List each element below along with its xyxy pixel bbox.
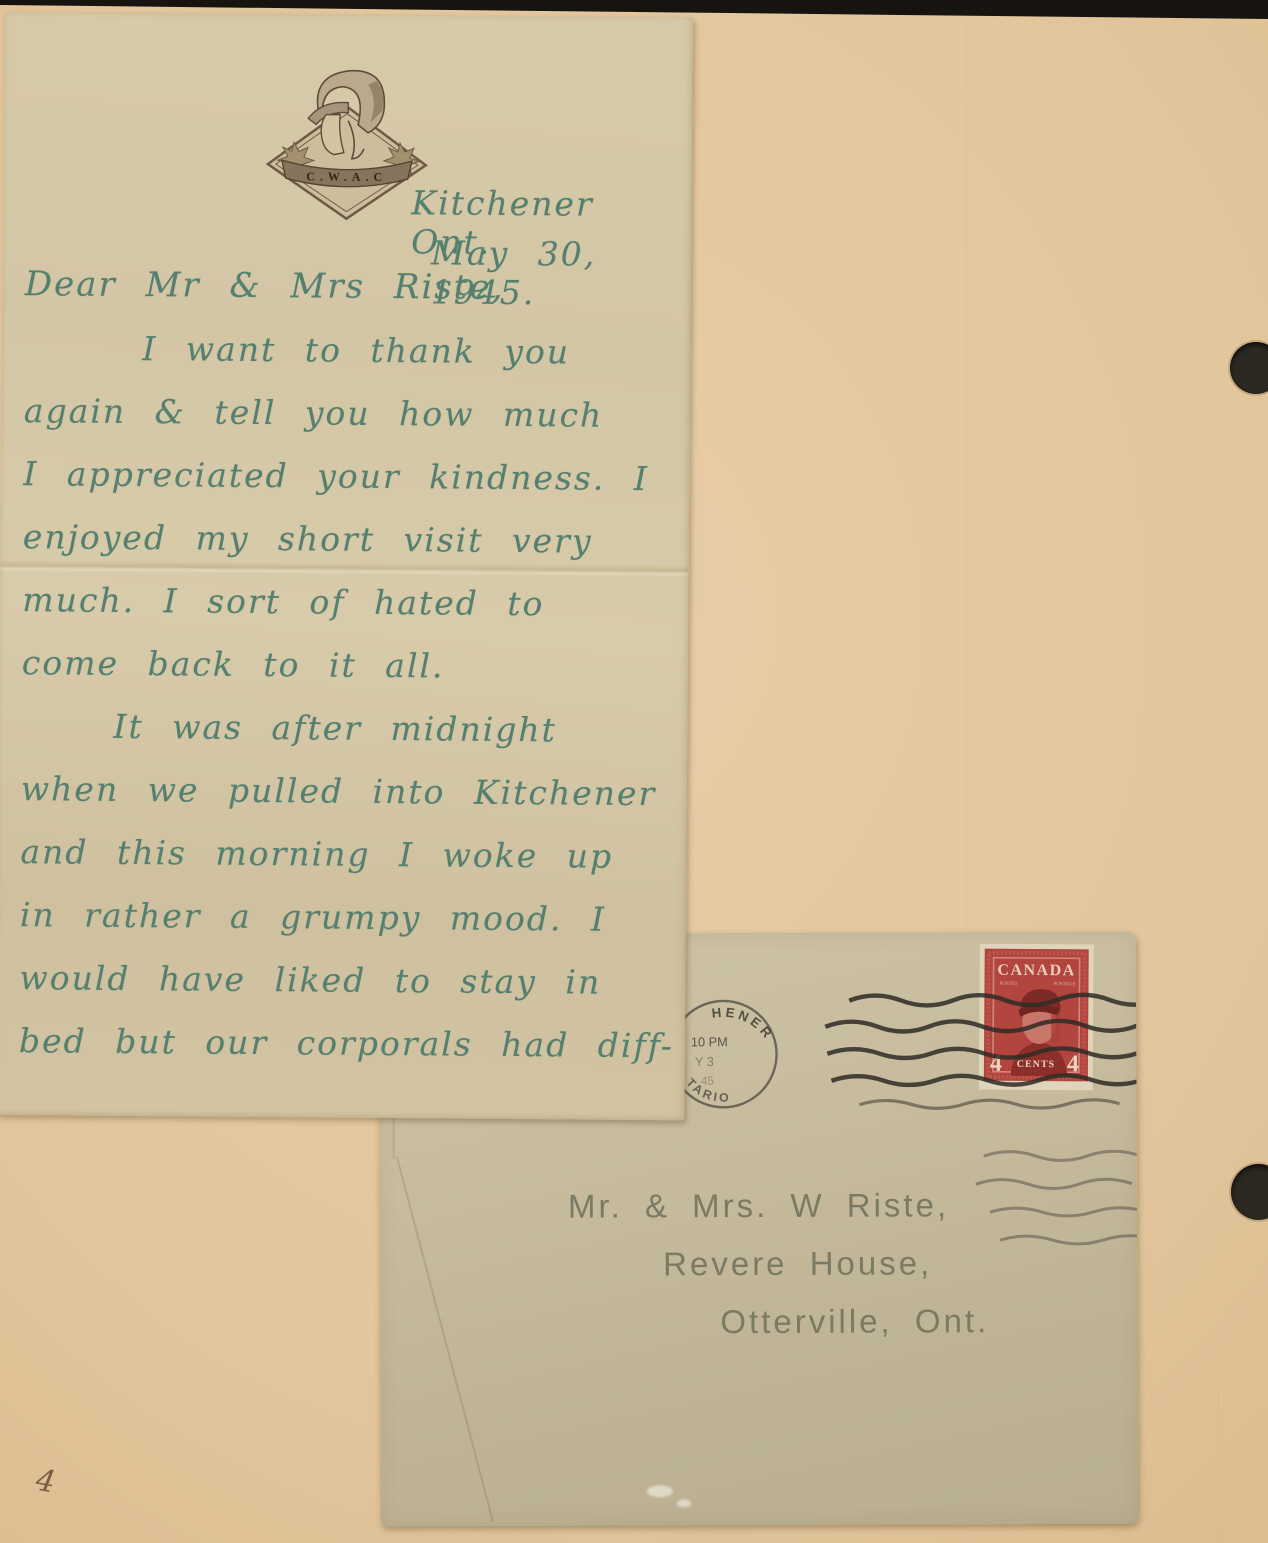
scuff-mark <box>677 1499 691 1507</box>
cancel-wave-group-bottom <box>976 1151 1138 1244</box>
cancel-wave-faint <box>860 1100 1120 1109</box>
letter-salutation: Dear Mr & Mrs Riste, <box>25 264 505 308</box>
letter-line: I want to thank you <box>24 328 679 396</box>
letter-line: when we pulled into Kitchener <box>21 769 676 837</box>
envelope-address: Mr. & Mrs. W Riste, Revere House, Otterv… <box>568 1176 989 1351</box>
address-line: Otterville, Ont. <box>568 1292 989 1351</box>
page-crease <box>1218 1330 1220 1543</box>
stamp-country: CANADA <box>997 962 1075 980</box>
stamp-postes: POSTES <box>999 982 1017 987</box>
stamp-denom-left: 4 <box>990 1051 1002 1077</box>
canada-4c-stamp: CANADA POSTES POSTAGE 4 4 CENTS <box>979 944 1094 1091</box>
letter-line: would have liked to stay in <box>19 958 674 1026</box>
envelope-flap-crease <box>397 1156 493 1522</box>
page-crease <box>966 24 968 929</box>
badge-monogram: C.W.A.C <box>306 169 387 184</box>
letter-body: I want to thank you again & tell you how… <box>19 328 680 1089</box>
letter-sheet: C.W.A.C Kitchener Ont. May 30, 1945. Dea… <box>0 12 693 1120</box>
letter-line: and this morning I woke up <box>20 832 675 900</box>
hole-punch-bottom <box>1231 1164 1268 1220</box>
letter-line: much. I sort of hated to <box>22 580 677 648</box>
address-line: Revere House, <box>568 1234 989 1293</box>
postmark-date: Y 3 <box>695 1054 714 1069</box>
hole-punch-top <box>1230 342 1268 394</box>
letter-line: bed but our corporals had diff- <box>19 1021 674 1089</box>
letter-line: come back to it all. <box>22 643 677 711</box>
scrapbook-page: HENER 10 PM Y 3 45 TARIO CANADA POSTES P… <box>0 0 1268 1543</box>
letter-line: enjoyed my short visit very <box>23 517 678 585</box>
scrapbook-scan: HENER 10 PM Y 3 45 TARIO CANADA POSTES P… <box>0 0 1268 1543</box>
stamp-denom-right: 4 <box>1067 1051 1079 1077</box>
letter-line: in rather a grumpy mood. I <box>20 895 675 963</box>
letter-line: It was after midnight <box>21 706 676 774</box>
postmark-time: 10 PM <box>691 1034 728 1049</box>
stamp-cents: CENTS <box>1017 1059 1055 1070</box>
page-number: 4 <box>33 1463 58 1501</box>
address-line: Mr. & Mrs. W Riste, <box>568 1176 989 1235</box>
stamp-postage: POSTAGE <box>1053 982 1075 987</box>
letter-line: I appreciated your kindness. I <box>23 454 678 522</box>
letter-line: again & tell you how much <box>24 391 679 459</box>
scuff-mark <box>647 1485 673 1497</box>
